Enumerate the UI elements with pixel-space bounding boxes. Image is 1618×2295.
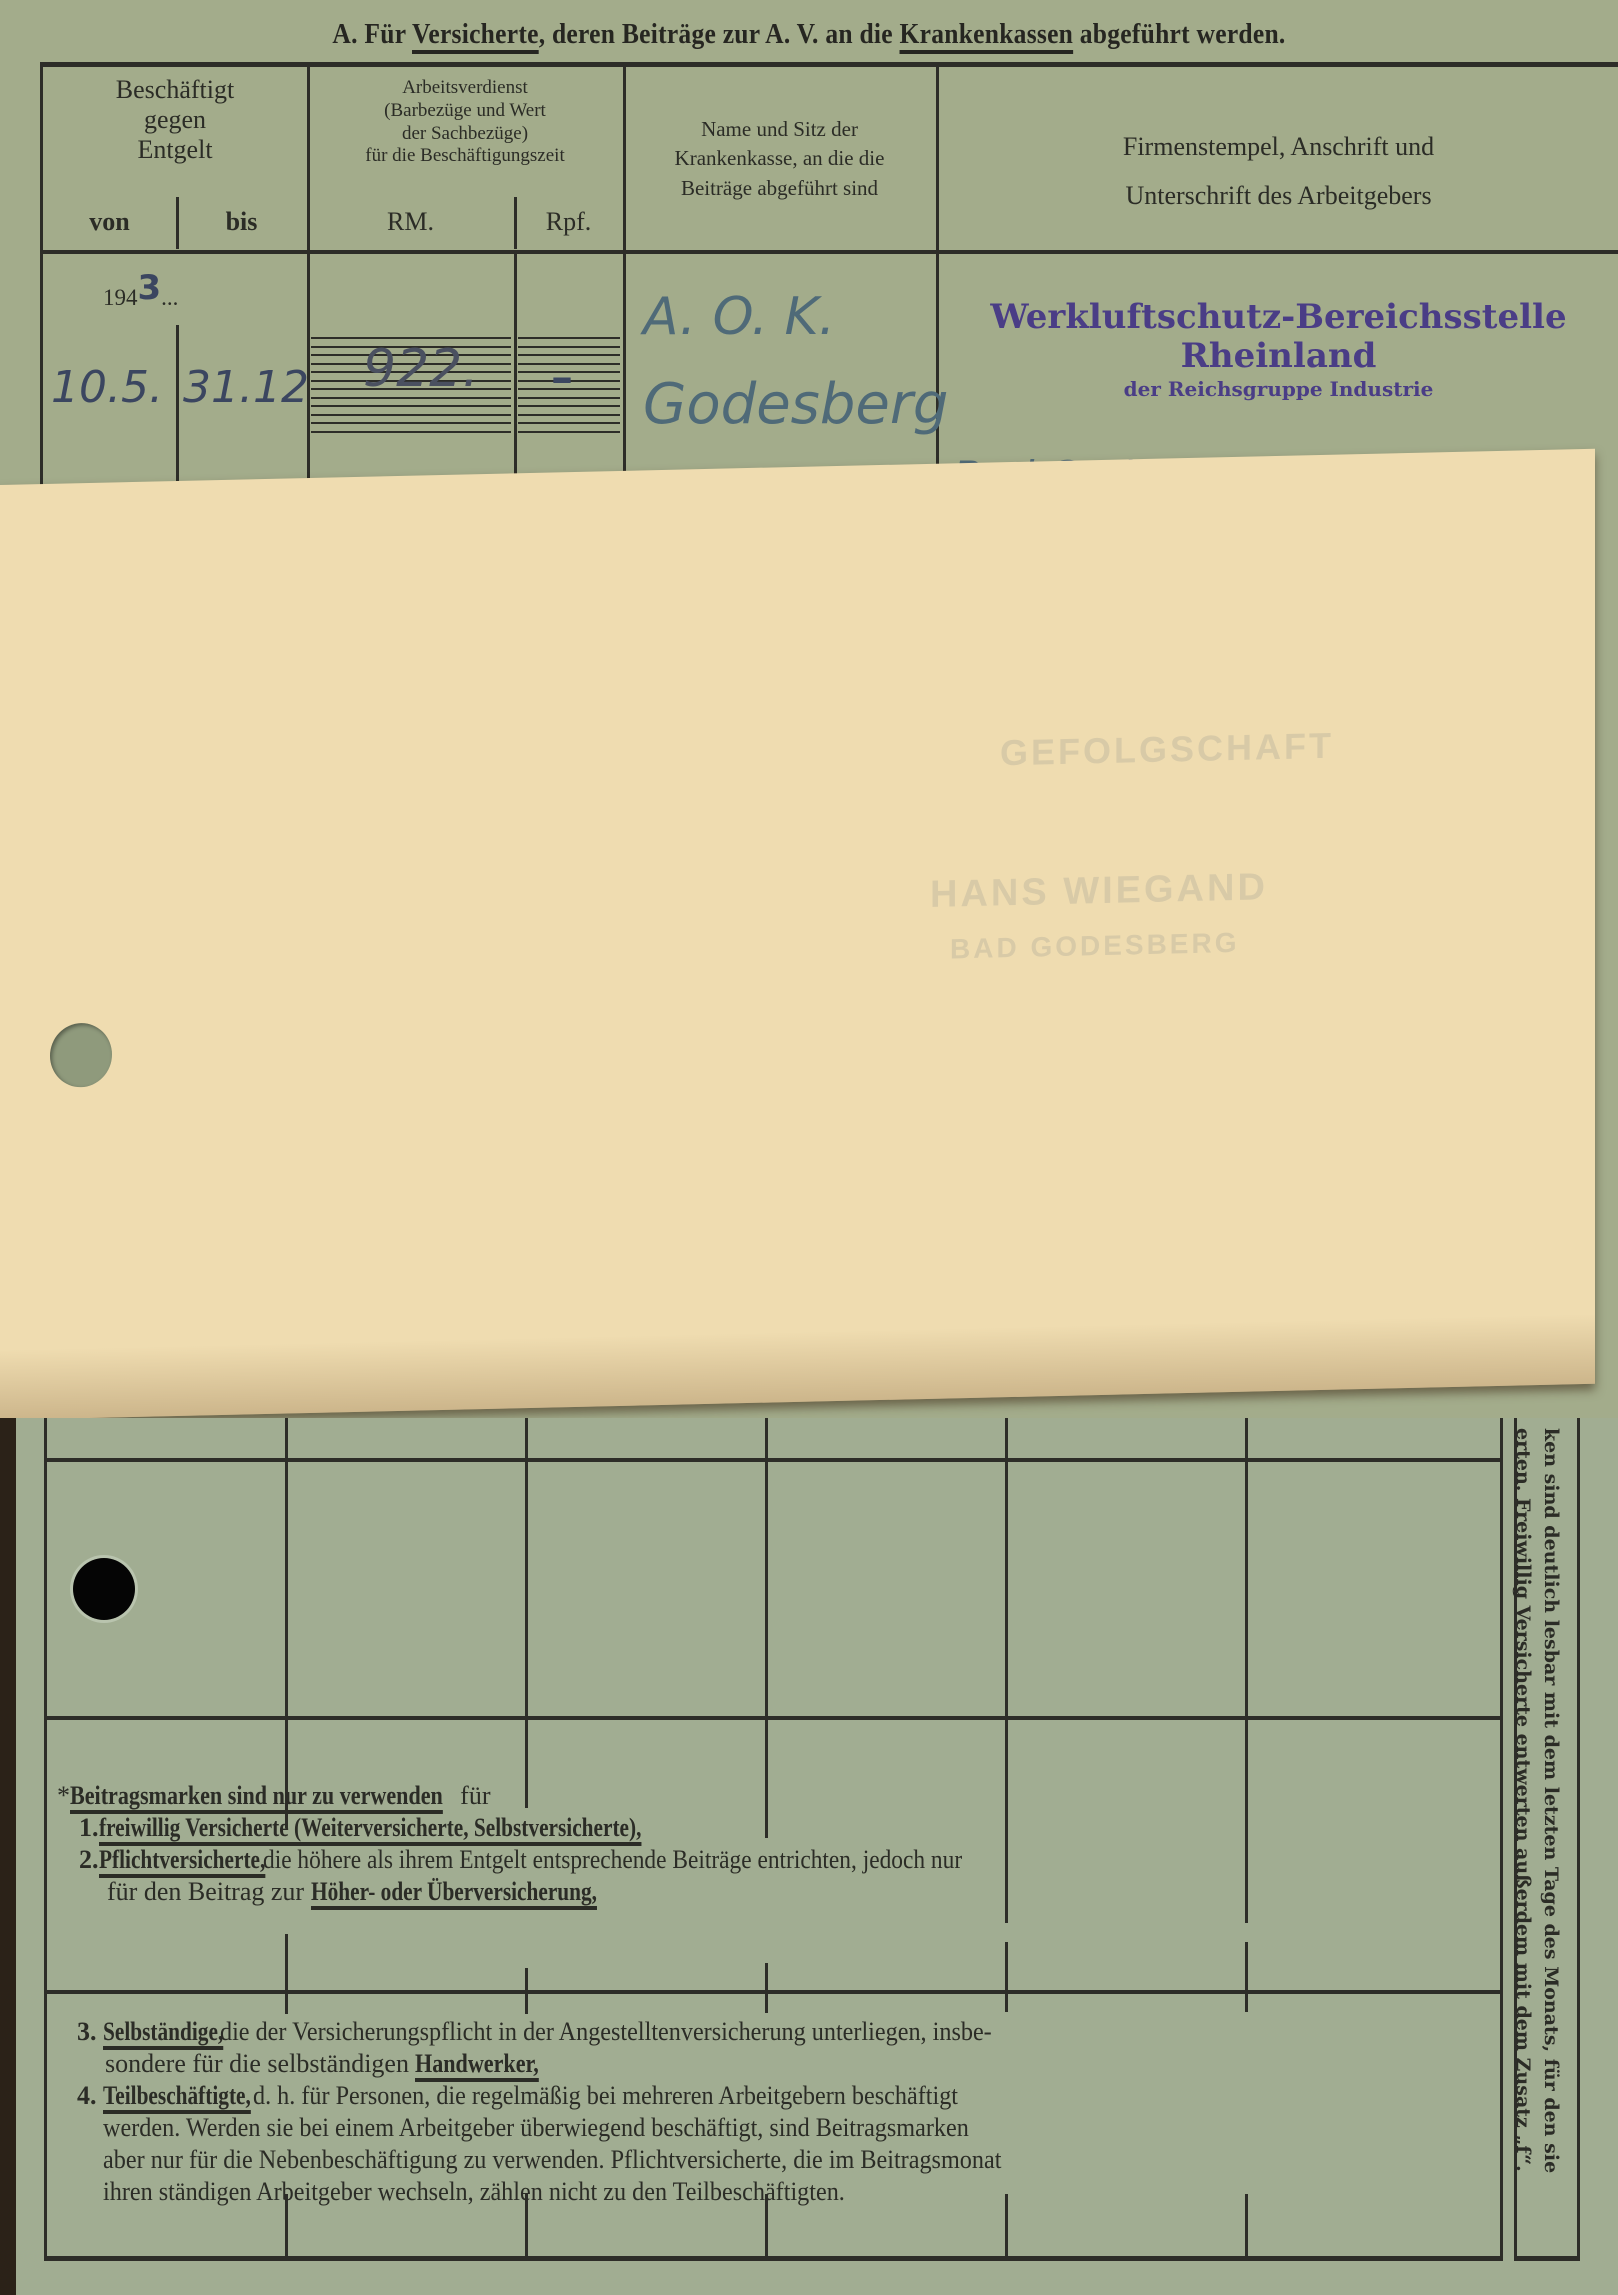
header-employer-stamp: Firmenstempel, Anschrift und Unterschrif…	[936, 122, 1618, 221]
row-year: 1943...	[103, 275, 178, 314]
notes-item-4-line4: ihren ständigen Arbeitgeber wechseln, zä…	[77, 2176, 1379, 2208]
notes-item-1: 1.freiwillig Versicherte (Weiterversiche…	[57, 1812, 1487, 1844]
heading-underlined-versicherte: Versicherte	[412, 18, 539, 50]
heading-prefix: A. Für	[332, 18, 412, 50]
notes-item-2: 2.Pflichtversicherte, die höhere als ihr…	[57, 1844, 1487, 1876]
row-from-date: 10.5.	[51, 362, 163, 413]
notes-item-2-cont: für den Beitrag zur Höher- oder Übervers…	[57, 1876, 1487, 1908]
bleedthrough-text: HANS WIEGAND	[930, 866, 1268, 917]
lower-card-page: *Beitragsmarken sind nur zu verwenden fü…	[14, 1418, 1618, 2295]
cream-cover-page[interactable]: GEFOLGSCHAFT HANS WIEGAND BAD GODESBERG	[0, 449, 1595, 1420]
bleedthrough-text: GEFOLGSCHAFT	[1000, 725, 1334, 775]
header-rpf: Rpf.	[514, 207, 623, 237]
header-from: von	[43, 207, 176, 237]
header-employed: Beschäftigt gegen Entgelt	[43, 75, 307, 165]
header-to: bis	[176, 207, 307, 237]
row-insurer-name: A. O. K.	[643, 287, 835, 347]
notes-item-3-cont: sondere für die selbständigen Handwerker…	[77, 2048, 1477, 2080]
row-earnings-rm: 922.	[363, 339, 479, 399]
header-earnings: Arbeitsverdienst (Barbezüge und Wert der…	[307, 77, 623, 168]
row-to-date: 31.12	[183, 362, 309, 413]
bleedthrough-text: BAD GODESBERG	[950, 927, 1239, 966]
company-stamp: Werkluftschutz-Bereichsstelle Rheinland …	[936, 297, 1618, 403]
notes-item-4: 4. Teilbeschäftigte, d. h. für Personen,…	[77, 2080, 1477, 2112]
section-heading: A. Für Versicherte, deren Beiträge zur A…	[97, 18, 1521, 51]
row-earnings-rpf: –	[551, 352, 573, 403]
side-note-text: ken sind deutlich lesbar mit dem letzten…	[1509, 1428, 1565, 2248]
stamp-usage-notes: *Beitragsmarken sind nur zu verwenden fü…	[57, 1780, 1487, 1908]
row-insurer-city: Godesberg	[643, 372, 948, 437]
heading-middle: , deren Beiträge zur A. V. an die	[539, 18, 900, 50]
heading-underlined-krankenkassen: Krankenkassen	[900, 18, 1074, 50]
notes-intro: *Beitragsmarken sind nur zu verwenden fü…	[57, 1780, 1487, 1812]
stamp-usage-notes-continued: 3. Selbständige, die der Versicherungspf…	[77, 2016, 1477, 2208]
notes-item-3: 3. Selbständige, die der Versicherungspf…	[77, 2016, 1477, 2048]
notes-item-4-line3: aber nur für die Nebenbeschäftigung zu v…	[77, 2144, 1379, 2176]
header-rm: RM.	[307, 207, 514, 237]
notes-item-4-line2: werden. Werden sie bei einem Arbeitgeber…	[77, 2112, 1379, 2144]
side-note-column: ken sind deutlich lesbar mit dem letzten…	[1514, 1418, 1580, 2261]
header-health-insurer: Name und Sitz der Krankenkasse, an die d…	[623, 115, 936, 203]
stamp-grid: *Beitragsmarken sind nur zu verwenden fü…	[44, 1418, 1503, 2261]
punch-hole	[50, 1022, 112, 1087]
heading-suffix: abgeführt werden.	[1073, 18, 1285, 50]
punch-hole	[73, 1558, 135, 1620]
